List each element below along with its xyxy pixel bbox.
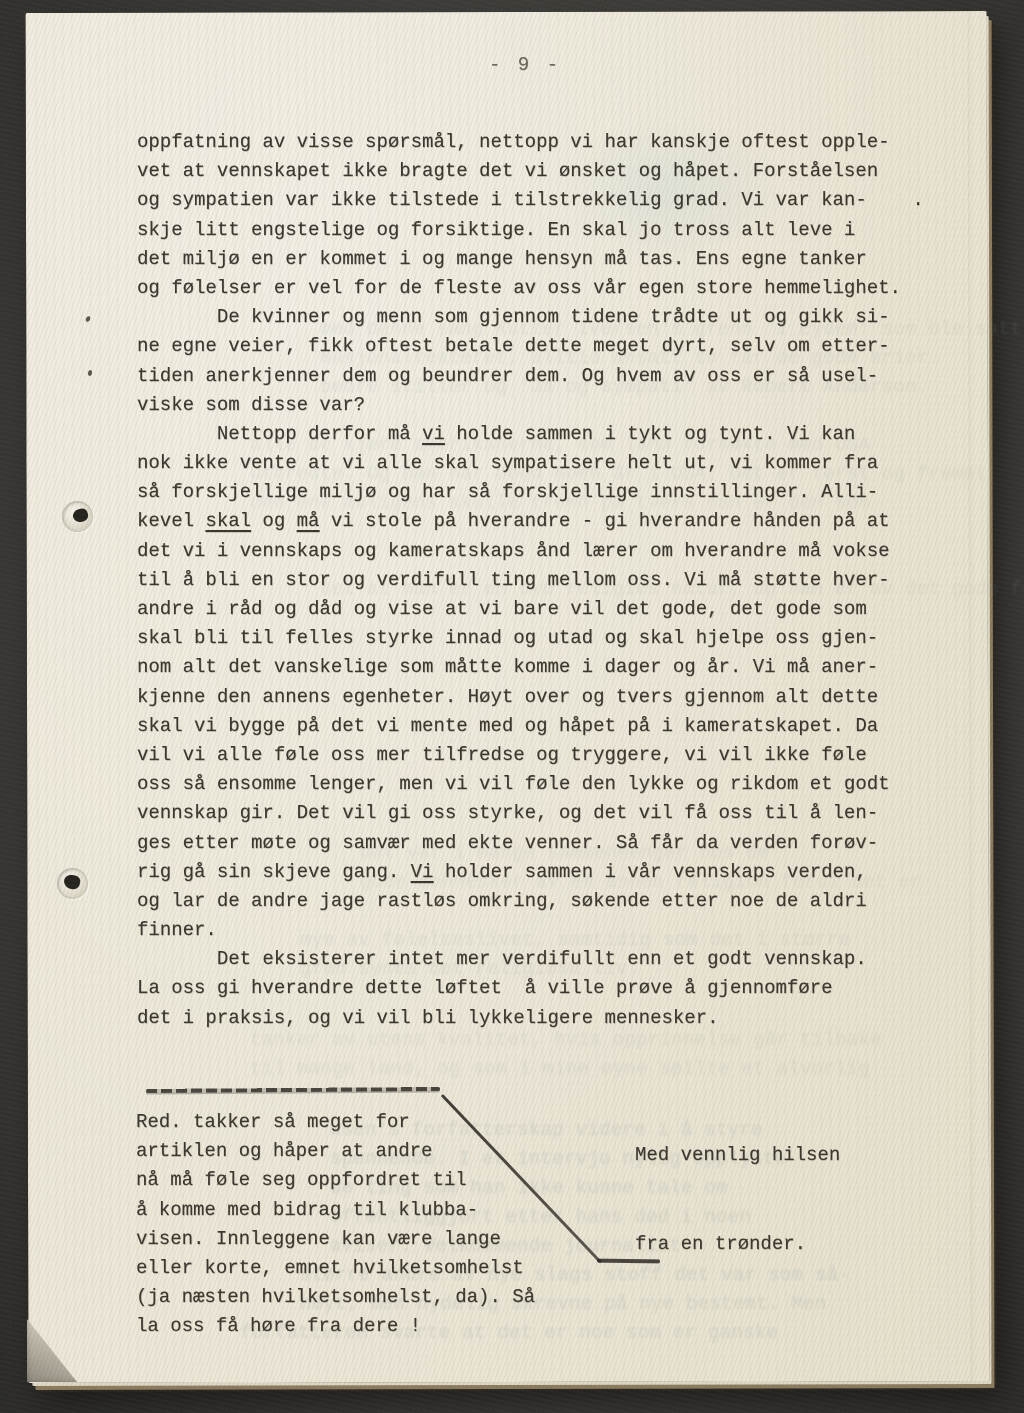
page-number: - 9 -: [489, 54, 561, 76]
body-text-line: og sympatien var ikke tilstede i tilstre…: [137, 186, 937, 215]
scan-background: med denne sang Kutter Iversen's grenn 'I…: [0, 0, 1024, 1413]
signoff: Med vennlig hilsen fra en trønder.: [635, 1080, 840, 1318]
body-text-line: nom alt det vanskelige som måtte komme i…: [137, 653, 937, 682]
editor-note: Red. takker så meget forartiklen og håpe…: [136, 1110, 566, 1344]
body-text-line: kevel skal og må vi stole på hverandre -…: [137, 507, 937, 536]
body-text-line: ne egne veier, fikk oftest betale dette …: [137, 332, 937, 361]
text-segment: ne egne veier, fikk oftest betale dette …: [137, 335, 890, 357]
body-text-line: vennskap gir. Det vil gi oss styrke, og …: [137, 799, 937, 828]
punch-hole-bottom: [57, 868, 88, 899]
body-text-line: Det eksisterer intet mer verdifullt enn …: [137, 945, 937, 974]
editor-note-line: Red. takker så meget for: [136, 1110, 566, 1139]
body-text-line: skal bli til felles styrke innad og utad…: [137, 624, 937, 653]
body-text-line: nok ikke vente at vi alle skal sympatise…: [137, 449, 937, 478]
body-text-line: rig gå sin skjeve gang. Vi holder sammen…: [137, 858, 937, 887]
text-segment: kevel: [137, 510, 205, 532]
editor-note-line: (ja næsten hvilketsomhelst, da). Så: [136, 1285, 566, 1314]
body-text-line: vil vi alle føle oss mer tilfredse og tr…: [137, 741, 937, 770]
text-segment: finner.: [137, 919, 217, 941]
editor-note-line: artiklen og håper at andre: [136, 1139, 566, 1168]
body-text-line: det miljø en er kommet i og mange hensyn…: [137, 245, 937, 274]
body-text-line: det i praksis, og vi vil bli lykkeligere…: [137, 1004, 937, 1033]
text-segment: oppfatning av visse spørsmål, nettopp vi…: [137, 131, 890, 153]
text-segment: tiden anerkjenner dem og beundrer dem. O…: [137, 365, 878, 387]
text-segment: Det eksisterer intet mer verdifullt enn …: [137, 948, 867, 970]
text-segment: og følelser er vel for de fleste av oss …: [137, 277, 901, 299]
text-segment: eller korte, emnet hvilketsomhelst: [136, 1257, 524, 1279]
body-text-line: De kvinner og menn som gjennom tidene tr…: [137, 303, 937, 332]
text-segment: nok ikke vente at vi alle skal sympatise…: [137, 452, 878, 474]
body-text-line: oss så ensomme lenger, men vi vil føle d…: [137, 770, 937, 799]
body-text-line: vet at vennskapet ikke bragte det vi øns…: [137, 157, 937, 186]
body-text-line: Nettopp derfor må vi holde sammen i tykt…: [137, 420, 937, 449]
text-segment: la oss få høre fra dere !: [136, 1315, 421, 1337]
text-segment: vil vi alle føle oss mer tilfredse og tr…: [137, 744, 867, 766]
text-segment: skal vi bygge på det vi mente med og håp…: [137, 715, 878, 737]
text-segment: De kvinner og menn som gjennom tidene tr…: [137, 306, 890, 328]
text-segment: til å bli en stor og verdifull ting mell…: [137, 569, 890, 591]
underlined-text-segment: Vi: [411, 861, 434, 883]
text-segment: nå må føle seg oppfordret til: [136, 1169, 467, 1191]
text-segment: vet at vennskapet ikke bragte det vi øns…: [137, 160, 878, 182]
text-segment: andre i råd og dåd og vise at vi bare vi…: [137, 598, 867, 620]
body-text-line: til å bli en stor og verdifull ting mell…: [137, 566, 937, 595]
text-segment: skje litt engstelige og forsiktige. En s…: [137, 219, 855, 241]
body-text-line: viske som disse var?: [137, 391, 937, 420]
body-text-line: oppfatning av visse spørsmål, nettopp vi…: [137, 128, 937, 157]
body-text: oppfatning av visse spørsmål, nettopp vi…: [137, 128, 937, 1033]
text-segment: det vi i vennskaps og kameratskaps ånd l…: [137, 540, 890, 562]
text-segment: det miljø en er kommet i og mange hensyn…: [137, 248, 867, 270]
text-segment: nom alt det vanskelige som måtte komme i…: [137, 656, 878, 678]
text-segment: holde sammen i tykt og tynt. Vi kan: [445, 423, 855, 445]
text-segment: La oss gi hverandre dette løftet å ville…: [137, 977, 833, 999]
body-text-line: finner.: [137, 916, 937, 945]
body-text-line: tiden anerkjenner dem og beundrer dem. O…: [137, 362, 937, 391]
text-segment: og sympatien var ikke tilstede i tilstre…: [137, 189, 924, 211]
text-segment: Red. takker så meget for: [136, 1111, 410, 1133]
text-segment: visen. Innleggene kan være lange: [136, 1228, 501, 1250]
text-segment: det i praksis, og vi vil bli lykkeligere…: [137, 1007, 719, 1029]
signoff-line-1: Med vennlig hilsen: [635, 1140, 840, 1169]
underlined-text-segment: skal: [205, 510, 251, 532]
text-segment: vi stole på hverandre - gi hverandre hån…: [319, 510, 889, 532]
signoff-line-2: fra en trønder.: [635, 1229, 840, 1258]
editor-note-line: eller korte, emnet hvilketsomhelst: [136, 1256, 566, 1285]
text-segment: oss så ensomme lenger, men vi vil føle d…: [137, 773, 890, 795]
body-text-line: kjenne den annens egenheter. Høyt over o…: [137, 683, 937, 712]
punch-hole-top: [62, 501, 93, 532]
text-segment: rig gå sin skjeve gang.: [137, 861, 411, 883]
body-text-line: ges etter møte og samvær med ekte venner…: [137, 829, 937, 858]
underlined-text-segment: vi: [422, 423, 445, 445]
body-text-line: og lar de andre jage rastløs omkring, sø…: [137, 887, 937, 916]
underlined-text-segment: må: [297, 510, 320, 532]
body-text-line: det vi i vennskaps og kameratskaps ånd l…: [137, 537, 937, 566]
body-text-line: andre i råd og dåd og vise at vi bare vi…: [137, 595, 937, 624]
text-segment: så forskjellige miljø og har så forskjel…: [137, 481, 878, 503]
body-text-line: La oss gi hverandre dette løftet å ville…: [137, 974, 937, 1003]
text-segment: skal bli til felles styrke innad og utad…: [137, 627, 878, 649]
text-segment: å komme med bidrag til klubba-: [136, 1199, 478, 1221]
text-segment: og lar de andre jage rastløs omkring, sø…: [137, 890, 867, 912]
editor-note-line: å komme med bidrag til klubba-: [136, 1198, 566, 1227]
text-segment: vennskap gir. Det vil gi oss styrke, og …: [137, 802, 878, 824]
editor-note-line: nå må føle seg oppfordret til: [136, 1168, 566, 1197]
text-segment: artiklen og håper at andre: [136, 1140, 432, 1162]
text-segment: viske som disse var?: [137, 394, 365, 416]
editor-note-line: visen. Innleggene kan være lange: [136, 1227, 566, 1256]
body-text-line: og følelser er vel for de fleste av oss …: [137, 274, 937, 303]
text-segment: ges etter møte og samvær med ekte venner…: [137, 832, 878, 854]
text-segment: holder sammen i vår vennskaps verden,: [433, 861, 866, 883]
text-segment: (ja næsten hvilketsomhelst, da). Så: [136, 1286, 535, 1308]
text-segment: og: [251, 510, 297, 532]
editor-note-line: la oss få høre fra dere !: [136, 1314, 566, 1343]
text-segment: Nettopp derfor må: [137, 423, 422, 445]
body-text-line: skal vi bygge på det vi mente med og håp…: [137, 712, 937, 741]
body-text-line: så forskjellige miljø og har så forskjel…: [137, 478, 937, 507]
text-segment: kjenne den annens egenheter. Høyt over o…: [137, 686, 878, 708]
body-text-line: skje litt engstelige og forsiktige. En s…: [137, 216, 937, 245]
